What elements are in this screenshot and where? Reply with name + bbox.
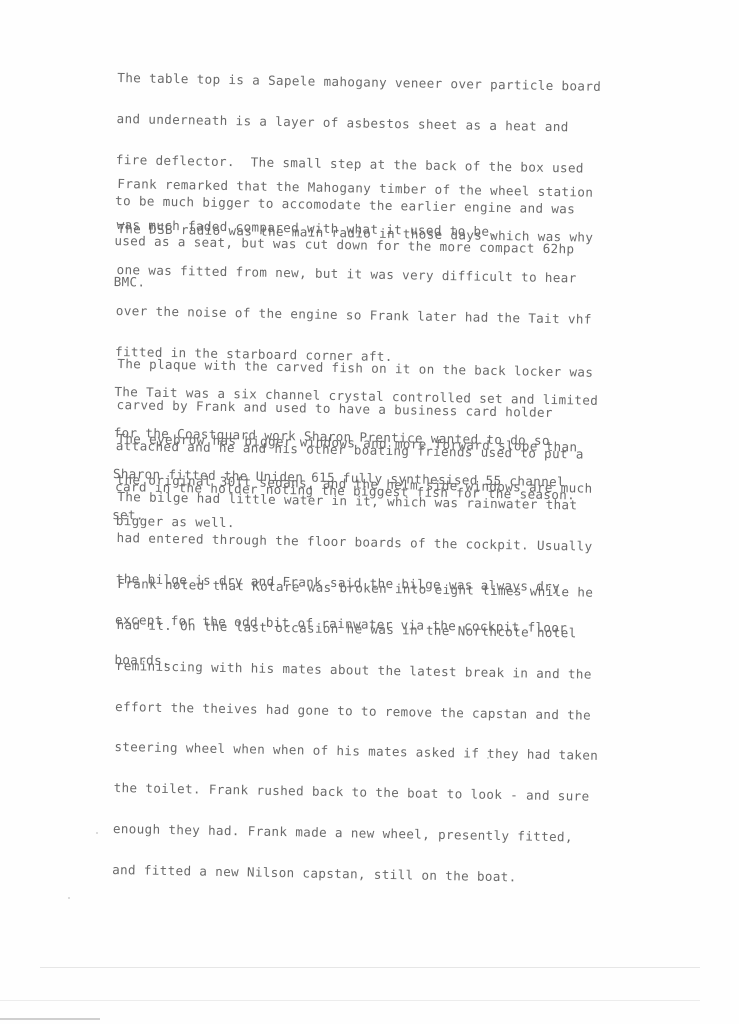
- scan-streak: [0, 1018, 100, 1020]
- text-line: had it. On the last occasion he was in t…: [117, 618, 677, 642]
- text-line: The DSB radio was the main radio in thos…: [117, 222, 677, 246]
- text-line: The plaque with the carved fish on it on…: [117, 357, 677, 381]
- text-line: Frank noted that Kotare was broken into …: [117, 577, 677, 601]
- scanned-page: The table top is a Sapele mahogany venee…: [0, 0, 739, 1024]
- scan-speck: [96, 832, 98, 834]
- text-line: and underneath is a layer of asbestos sh…: [117, 112, 677, 136]
- paragraph-break-ins: Frank noted that Kotare was broken into …: [112, 550, 678, 914]
- scan-streak: [40, 967, 700, 968]
- text-line: The eyebrow has bigger windows and more …: [117, 432, 677, 456]
- text-line: enough they had. Frank made a new wheel,…: [113, 822, 673, 846]
- text-line: and fitted a new Nilson capstan, still o…: [112, 863, 672, 887]
- text-line: The table top is a Sapele mahogany venee…: [117, 71, 677, 95]
- text-line: one was fitted from new, but it was very…: [117, 263, 677, 287]
- text-line: steering wheel when when of his mates as…: [114, 740, 674, 764]
- text-line: effort the theives had gone to to remove…: [115, 700, 675, 724]
- text-line: the toilet. Frank rushed back to the boa…: [114, 781, 674, 805]
- scan-streak: [0, 1000, 700, 1001]
- text-line: reminiscing with his mates about the lat…: [116, 659, 676, 683]
- scan-speck: [68, 897, 70, 899]
- text-line: The bilge had little water in it, which …: [117, 490, 677, 514]
- scan-speck: [487, 757, 489, 759]
- text-line: over the noise of the engine so Frank la…: [116, 304, 676, 328]
